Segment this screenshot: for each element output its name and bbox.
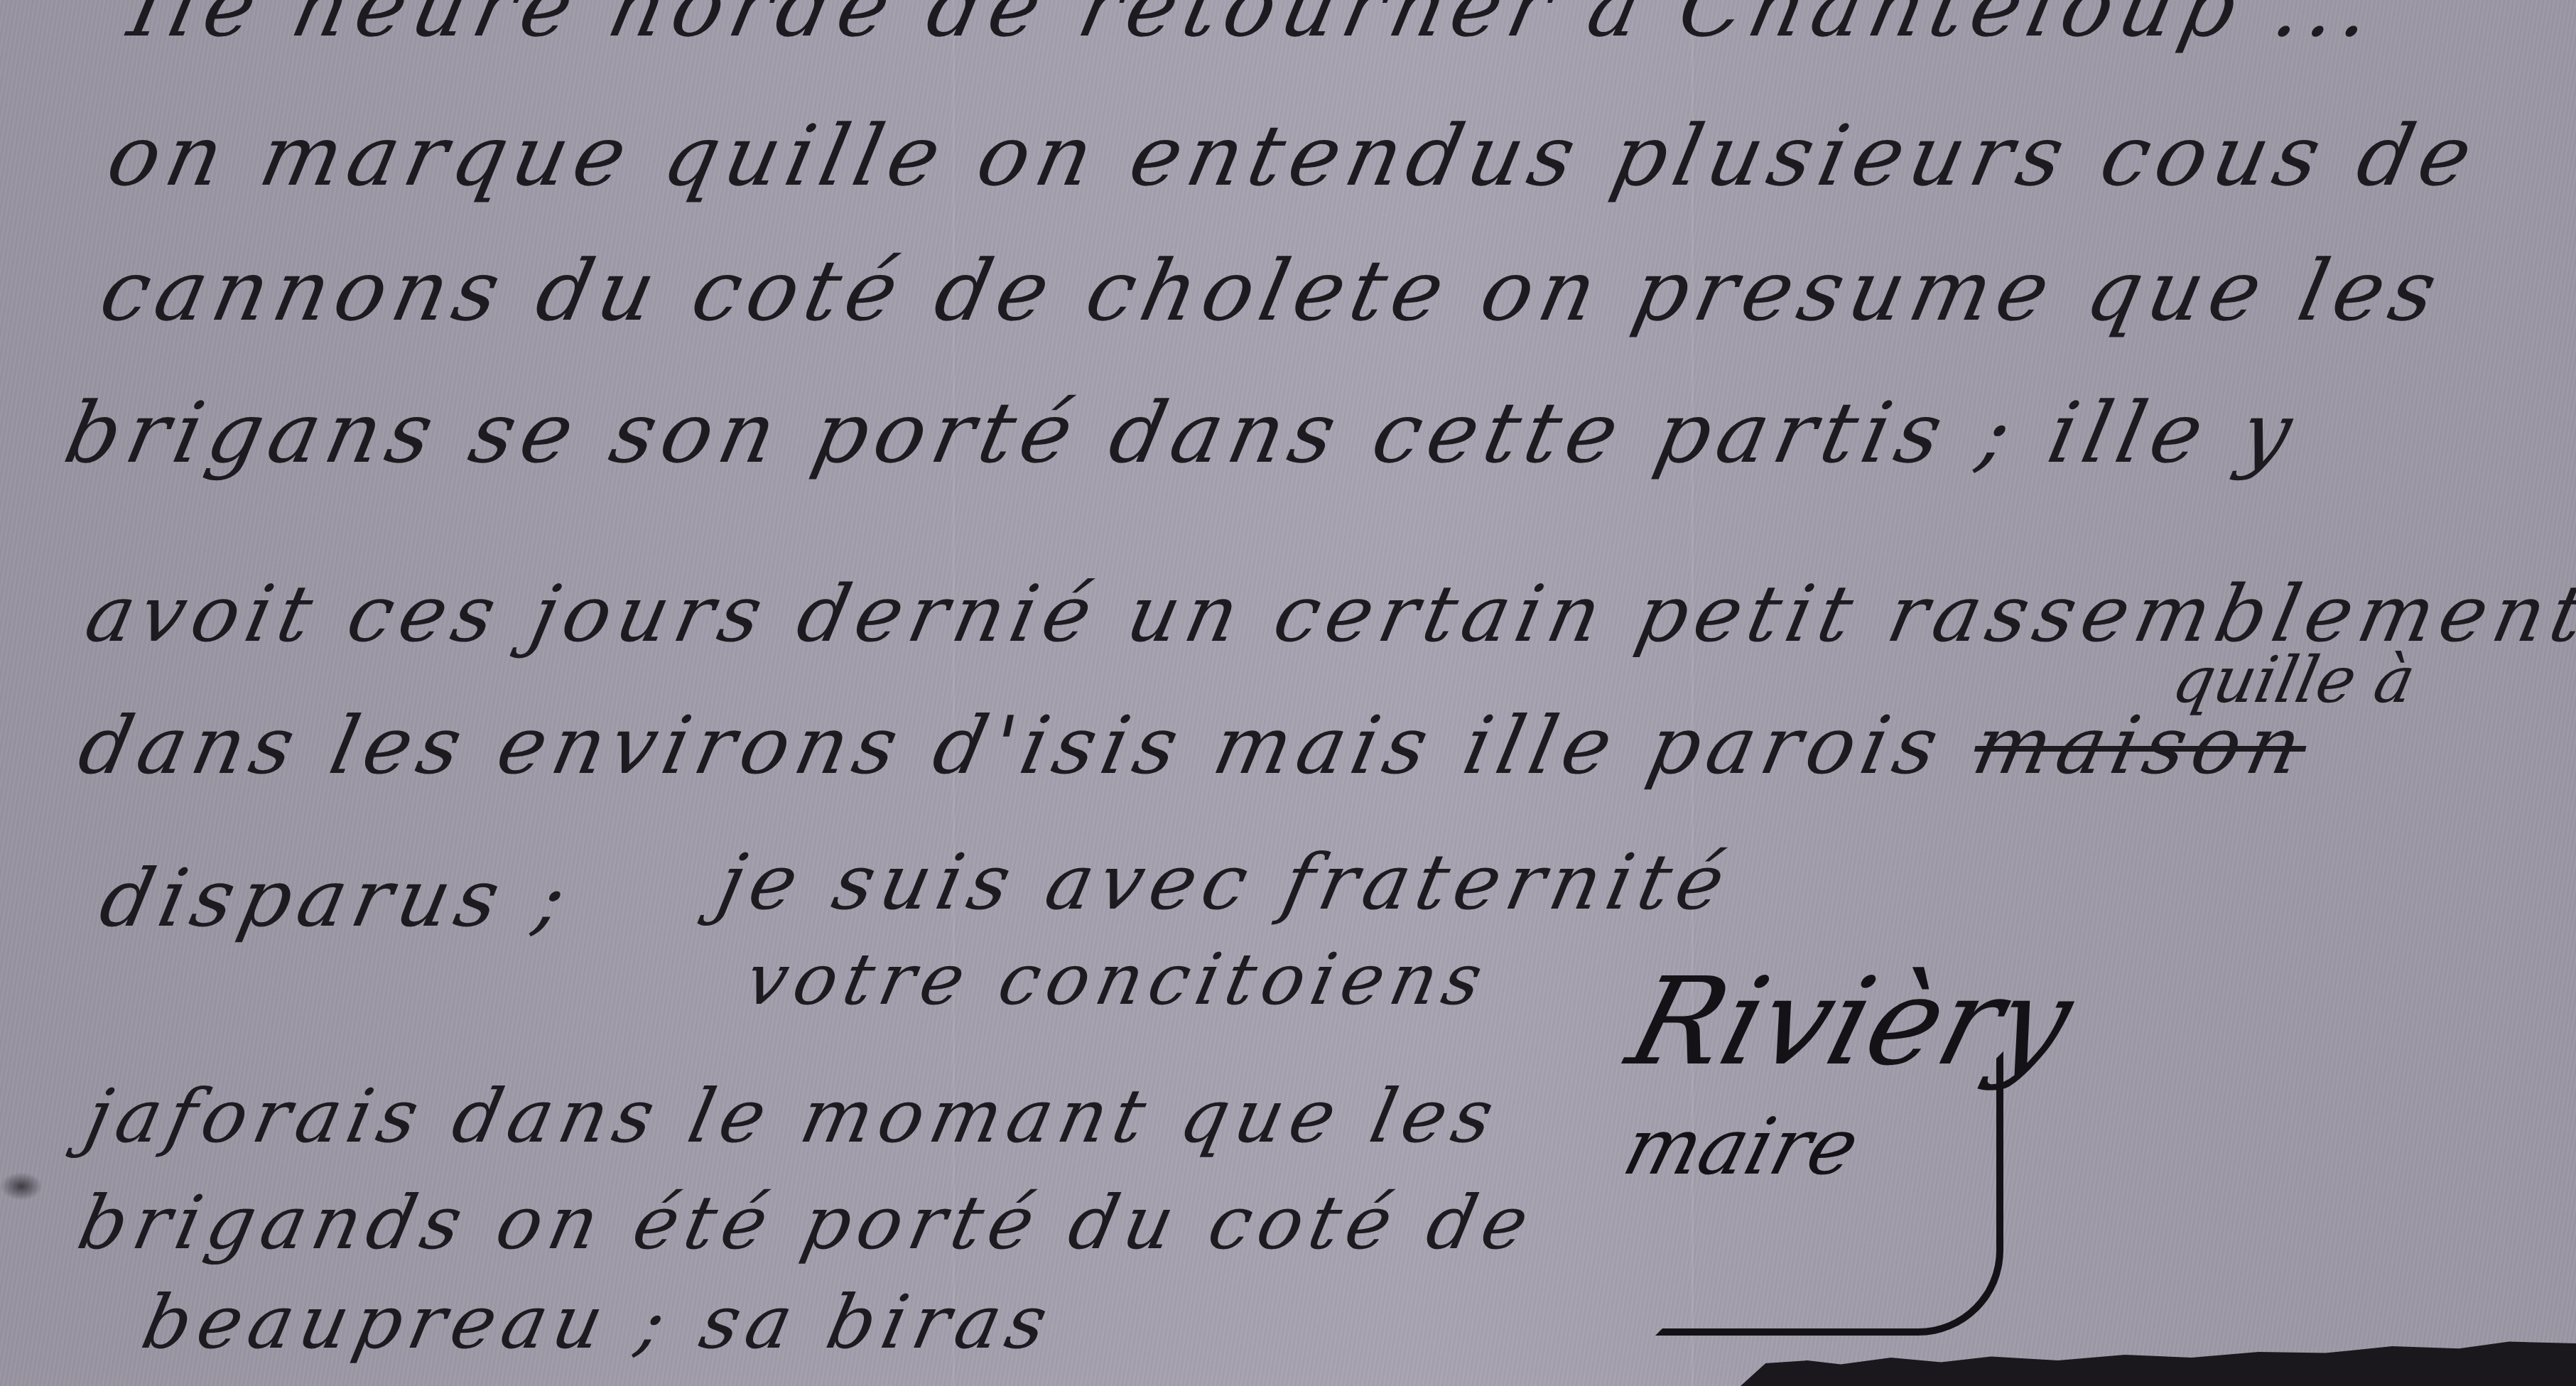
manuscript-page: Ile heure horde de retourner à Chantelou… bbox=[0, 0, 2576, 1386]
text-line-7: disparus ; bbox=[92, 852, 581, 945]
signature-flourish bbox=[1655, 1051, 2003, 1336]
text-line-2: on marque quille on entendus plusieurs c… bbox=[99, 107, 2487, 205]
closing-line-2: votre concitoiens bbox=[739, 938, 1496, 1021]
text-line-4: brigans se son porté dans cette partis ;… bbox=[57, 384, 2307, 482]
text-line-6: dans les environs d'isis mais ille paroi… bbox=[71, 700, 2316, 792]
torn-paper-edge bbox=[1741, 1329, 2576, 1386]
interlinear-insertion: quille à bbox=[2166, 643, 2422, 718]
margin-ink-mark bbox=[0, 1172, 43, 1201]
closing-line-1: je suis avec fraternité bbox=[710, 838, 1739, 927]
postscript-line-3: beaupreau ; sa biras bbox=[135, 1279, 1061, 1365]
postscript-line-1: jaforais dans le momant que les bbox=[78, 1073, 1508, 1159]
paper-fold bbox=[952, 0, 956, 1386]
text-line-1: Ile heure horde de retourner à Chantelou… bbox=[121, 0, 2388, 55]
postscript-line-2: brigands on été porté du coté de bbox=[71, 1179, 1543, 1266]
text-line-3: cannons du coté de cholete on presume qu… bbox=[92, 242, 2452, 340]
